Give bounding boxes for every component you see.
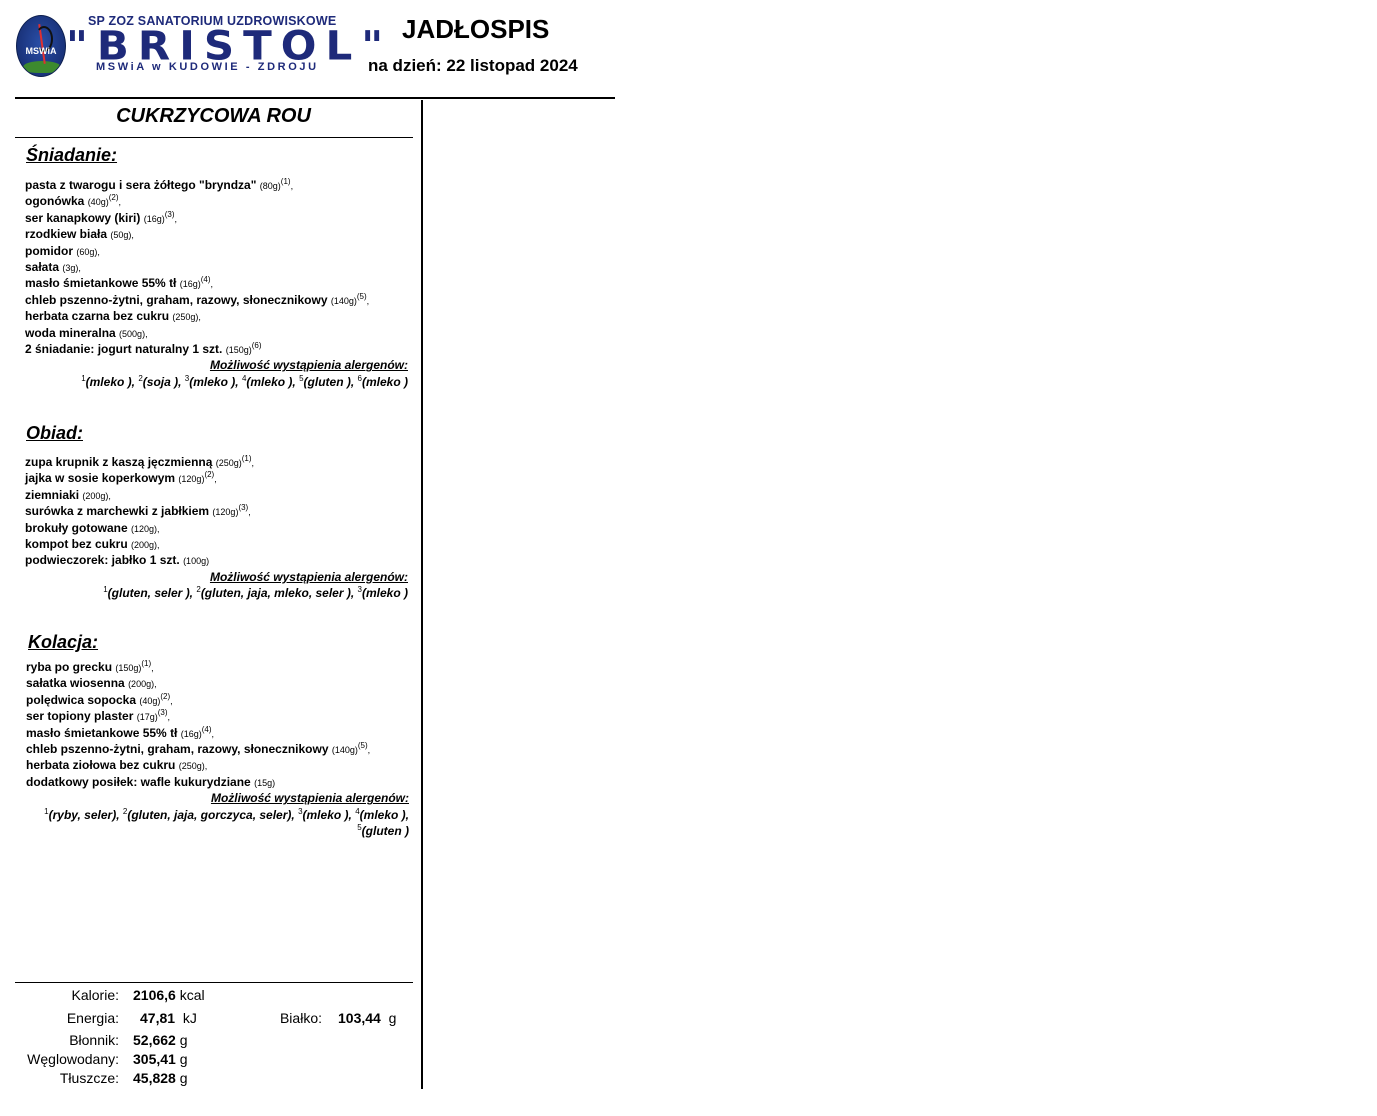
separator: , (248, 507, 251, 517)
item-name: 2 śniadanie: jogurt naturalny 1 szt. (25, 342, 222, 356)
item-weight: (200g), (128, 679, 157, 689)
allergen-reference: (6) (252, 341, 262, 350)
item-name: masło śmietankowe 55% tł (25, 276, 176, 290)
item-weight: (15g) (254, 778, 275, 788)
item-name: surówka z marchewki z jabłkiem (25, 504, 209, 518)
nutrition-divider (15, 982, 413, 983)
separator: , (118, 197, 121, 207)
list-item: brokuły gotowane (120g), (25, 521, 408, 537)
calories-value: 2106,6 kcal (133, 987, 205, 1003)
item-weight: (250g) (216, 458, 242, 468)
list-item: masło śmietankowe 55% tł (16g)(4), (26, 726, 409, 742)
item-weight: (500g), (119, 329, 148, 339)
meal-item-list: ryba po grecku (150g)(1),sałatka wiosenn… (26, 660, 409, 839)
allergen-reference: (1) (281, 177, 291, 186)
separator: , (214, 474, 217, 484)
list-item: rzodkiew biała (50g), (25, 227, 408, 243)
item-weight: (40g) (88, 197, 109, 207)
item-name: ser topiony plaster (26, 709, 133, 723)
item-weight: (150g) (115, 663, 141, 673)
list-item: ryba po grecku (150g)(1), (26, 660, 409, 676)
energy-value: 47,81 kJ (140, 1010, 197, 1026)
fat-label: Tłuszcze: (15, 1070, 119, 1086)
list-item: pasta z twarogu i sera żółtego "bryndza"… (25, 178, 408, 194)
list-item: sałatka wiosenna (200g), (26, 676, 409, 692)
logo-bottom-line: MSWiA w KUDOWIE - ZDROJU (96, 61, 319, 73)
allergen-text: (soja ), (143, 375, 185, 389)
allergen-text: (mleko ), (86, 375, 139, 389)
item-name: dodatkowy posiłek: wafle kukurydziane (26, 775, 251, 789)
allergen-list: 5(gluten ) (26, 823, 409, 839)
list-item: chleb pszenno-żytni, graham, razowy, sło… (25, 293, 408, 309)
allergen-reference: (1) (141, 659, 151, 668)
item-name: ziemniaki (25, 488, 82, 502)
allergen-list: 1(mleko ), 2(soja ), 3(mleko ), 4(mleko … (25, 374, 408, 390)
item-weight: (50g), (110, 230, 134, 240)
fat-value: 45,828 g (133, 1070, 188, 1086)
allergen-reference: (4) (201, 275, 211, 284)
separator: , (367, 296, 370, 306)
item-weight: (150g) (226, 345, 252, 355)
fiber-value: 52,662 g (133, 1032, 188, 1048)
list-item: jajka w sosie koperkowym (120g)(2), (25, 471, 408, 487)
allergen-reference: (5) (357, 292, 367, 301)
item-weight: (16g) (180, 279, 201, 289)
item-weight: (80g) (260, 181, 281, 191)
allergen-reference: (2) (160, 692, 170, 701)
meal-item-list: pasta z twarogu i sera żółtego "bryndza"… (25, 178, 408, 390)
list-item: 2 śniadanie: jogurt naturalny 1 szt. (15… (25, 342, 408, 358)
list-item: herbata ziołowa bez cukru (250g), (26, 758, 409, 774)
allergen-text: (mleko ) (362, 375, 408, 389)
item-name: pomidor (25, 244, 73, 258)
list-item: kompot bez cukru (200g), (25, 537, 408, 553)
separator: , (151, 663, 154, 673)
item-name: ogonówka (25, 194, 84, 208)
list-item: chleb pszenno-żytni, graham, razowy, sło… (26, 742, 409, 758)
menu-date: na dzień: 22 listopad 2024 (368, 56, 578, 76)
separator: , (170, 696, 173, 706)
item-weight: (120g) (178, 474, 204, 484)
emblem-text: MSWiA (17, 46, 65, 56)
item-weight: (140g) (332, 745, 358, 755)
allergen-list: 1(gluten, seler ), 2(gluten, jaja, mleko… (25, 585, 408, 601)
allergen-heading: Możliwość wystąpienia alergenów: (25, 570, 408, 585)
calories-label: Kalorie: (15, 987, 119, 1003)
allergen-text: (gluten, jaja, mleko, seler ), (201, 586, 358, 600)
allergen-text: (gluten, seler ), (108, 586, 197, 600)
allergen-heading: Możliwość wystąpienia alergenów: (26, 791, 409, 806)
allergen-reference: (4) (202, 725, 212, 734)
item-name: ser kanapkowy (kiri) (25, 211, 140, 225)
item-weight: (200g), (131, 540, 160, 550)
item-name: chleb pszenno-żytni, graham, razowy, sło… (25, 293, 328, 307)
fiber-label: Błonnik: (15, 1032, 119, 1048)
separator: , (291, 181, 294, 191)
protein-label: Białko: (218, 1010, 322, 1026)
item-name: zupa krupnik z kaszą jęczmienną (25, 455, 212, 469)
item-name: polędwica sopocka (26, 693, 139, 707)
list-item: sałata (3g), (25, 260, 408, 276)
list-item: ser kanapkowy (kiri) (16g)(3), (25, 211, 408, 227)
diet-title-divider (15, 137, 413, 138)
allergen-reference: (5) (358, 741, 368, 750)
item-weight: (16g) (181, 729, 202, 739)
item-weight: (120g) (212, 507, 238, 517)
carbs-label: Węglowodany: (15, 1051, 119, 1067)
item-name: jajka w sosie koperkowym (25, 471, 175, 485)
list-item: polędwica sopocka (40g)(2), (26, 693, 409, 709)
header-divider (15, 97, 615, 99)
list-item: ser topiony plaster (17g)(3), (26, 709, 409, 725)
diet-name: CUKRZYCOWA ROU (15, 105, 412, 128)
item-name: chleb pszenno-żytni, graham, razowy, sło… (26, 742, 329, 756)
item-weight: (17g) (137, 712, 158, 722)
item-weight: (120g), (131, 524, 160, 534)
allergen-reference: (1) (242, 454, 252, 463)
allergen-text: (mleko ), (303, 808, 356, 822)
page-title: JADŁOSPIS (402, 14, 549, 45)
list-item: zupa krupnik z kaszą jęczmienną (250g)(1… (25, 455, 408, 471)
meal-heading: Obiad: (26, 423, 83, 444)
item-name: brokuły gotowane (25, 521, 128, 535)
meal-heading: Kolacja: (28, 632, 98, 653)
list-item: dodatkowy posiłek: wafle kukurydziane (1… (26, 775, 409, 791)
protein-value: 103,44 g (338, 1010, 396, 1026)
list-item: masło śmietankowe 55% tł (16g)(4), (25, 276, 408, 292)
allergen-text: (gluten ) (362, 824, 409, 838)
column-divider (421, 100, 423, 1089)
separator: , (252, 458, 255, 468)
separator: , (168, 712, 171, 722)
item-name: herbata ziołowa bez cukru (26, 758, 175, 772)
item-weight: (200g), (82, 491, 111, 501)
list-item: woda mineralna (500g), (25, 326, 408, 342)
item-name: rzodkiew biała (25, 227, 107, 241)
meal-heading: Śniadanie: (26, 145, 117, 166)
separator: , (212, 729, 215, 739)
item-weight: (3g), (62, 263, 81, 273)
item-name: herbata czarna bez cukru (25, 309, 169, 323)
item-name: pasta z twarogu i sera żółtego "bryndza" (25, 178, 256, 192)
item-weight: (60g), (76, 247, 100, 257)
allergen-text: (ryby, seler), (49, 808, 123, 822)
separator: , (175, 214, 178, 224)
allergen-reference: (3) (158, 708, 168, 717)
item-name: masło śmietankowe 55% tł (26, 726, 177, 740)
item-weight: (40g) (139, 696, 160, 706)
mswia-emblem-logo: MSWiA (16, 15, 66, 77)
allergen-text: (mleko ), (360, 808, 409, 822)
separator: , (368, 745, 371, 755)
item-weight: (250g), (172, 312, 201, 322)
allergen-text: (mleko ) (362, 586, 408, 600)
separator: , (211, 279, 214, 289)
allergen-text: (gluten ), (304, 375, 358, 389)
item-weight: (16g) (144, 214, 165, 224)
allergen-reference: (2) (204, 470, 214, 479)
allergen-text: (mleko ), (189, 375, 242, 389)
allergen-reference: (3) (238, 503, 248, 512)
allergen-text: (mleko ), (246, 375, 299, 389)
list-item: herbata czarna bez cukru (250g), (25, 309, 408, 325)
item-name: ryba po grecku (26, 660, 112, 674)
list-item: pomidor (60g), (25, 244, 408, 260)
meal-item-list: zupa krupnik z kaszą jęczmienną (250g)(1… (25, 455, 408, 601)
item-name: woda mineralna (25, 326, 116, 340)
list-item: podwieczorek: jabłko 1 szt. (100g) (25, 553, 408, 569)
list-item: surówka z marchewki z jabłkiem (120g)(3)… (25, 504, 408, 520)
energy-label: Energia: (15, 1010, 119, 1026)
item-name: podwieczorek: jabłko 1 szt. (25, 553, 180, 567)
list-item: ogonówka (40g)(2), (25, 194, 408, 210)
item-weight: (140g) (331, 296, 357, 306)
carbs-value: 305,41 g (133, 1051, 188, 1067)
item-weight: (100g) (183, 556, 209, 566)
allergen-reference: (3) (165, 210, 175, 219)
item-name: sałata (25, 260, 59, 274)
list-item: ziemniaki (200g), (25, 488, 408, 504)
item-name: sałatka wiosenna (26, 676, 125, 690)
item-weight: (250g), (179, 761, 208, 771)
allergen-heading: Możliwość wystąpienia alergenów: (25, 358, 408, 373)
allergen-text: (gluten, jaja, gorczyca, seler), (127, 808, 298, 822)
allergen-list: 1(ryby, seler), 2(gluten, jaja, gorczyca… (26, 807, 409, 823)
item-name: kompot bez cukru (25, 537, 128, 551)
leaf-decoration (23, 61, 61, 73)
